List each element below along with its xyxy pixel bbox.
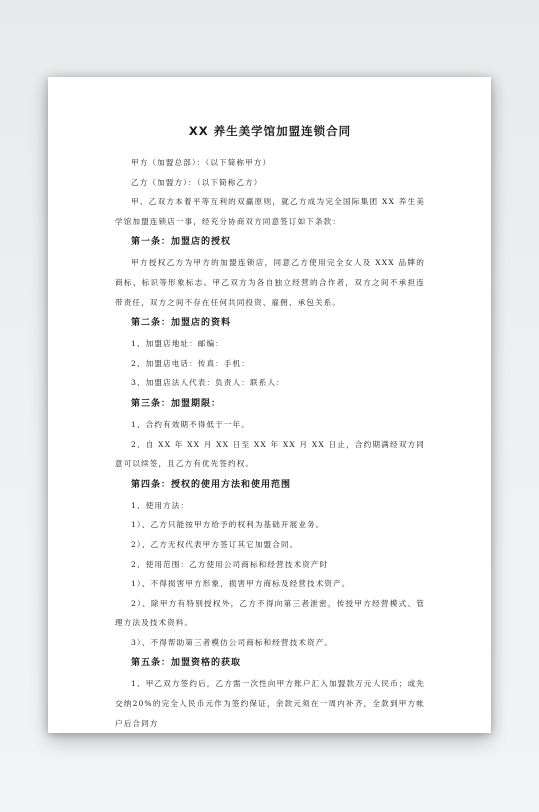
section-2-item-3: 3、加盟店法人代表：负责人：联系人： [115, 373, 425, 393]
section-5-heading: 第五条：加盟资格的获取 [115, 653, 425, 673]
preamble-paragraph: 甲、乙双方本着平等互利的双赢原则，就乙方成为完全国际集团 XX 养生美学馆加盟连… [115, 192, 425, 231]
section-4-item-6: 2）、除甲方有特别授权外，乙方不得向第三者泄密，传授甲方经营模式、管理方法及技术… [115, 594, 425, 633]
section-4-heading: 第四条：授权的使用方法和使用范围 [115, 475, 425, 495]
section-4-item-5: 1）、不得损害甲方形象，损害甲方商标及经营技术资产。 [115, 574, 425, 594]
section-3-heading: 第三条：加盟期限： [115, 394, 425, 414]
contract-title: XX 养生美学馆加盟连锁合同 [115, 121, 425, 141]
section-4-item-4: 2、使用范围：乙方使用公司商标和经营技术资产时 [115, 555, 425, 575]
section-1-paragraph: 甲方授权乙方为甲方的加盟连锁店，同意乙方使用完全女人及 XXX 品牌的商标、标识… [115, 253, 425, 312]
section-2-heading: 第二条：加盟店的资料 [115, 313, 425, 333]
party-b-line: 乙方（加盟方）：（以下简称乙方） [115, 173, 425, 193]
section-5-item-1: 1、甲乙双方签约后，乙方需一次性向甲方账户汇入加盟款万元人民币；或先交纳20%的… [115, 674, 425, 733]
section-3-item-2: 2、自 XX 年 XX 月 XX 日至 XX 年 XX 月 XX 日止，合约期满… [115, 435, 425, 474]
section-2-item-2: 2、加盟店电话：传真：手机： [115, 354, 425, 374]
section-2-item-1: 1、加盟店地址：邮编： [115, 334, 425, 354]
section-4-item-1: 1、使用方法： [115, 496, 425, 516]
contract-content: XX 养生美学馆加盟连锁合同 甲方（加盟总部）：（以下简称甲方） 乙方（加盟方）… [115, 121, 425, 733]
section-4-item-3: 2）、乙方无权代表甲方签订其它加盟合同。 [115, 535, 425, 555]
party-a-line: 甲方（加盟总部）：（以下简称甲方） [115, 153, 425, 173]
contract-page: XX 养生美学馆加盟连锁合同 甲方（加盟总部）：（以下简称甲方） 乙方（加盟方）… [48, 77, 491, 733]
section-4-item-2: 1）、乙方只能按甲方给予的权利为基础开展业务。 [115, 515, 425, 535]
section-4-item-7: 3）、不得帮助第三者模仿公司商标和经营技术资产。 [115, 633, 425, 653]
section-3-item-1: 1、合约有效期不得低于一年。 [115, 415, 425, 435]
section-1-heading: 第一条：加盟店的授权 [115, 232, 425, 252]
